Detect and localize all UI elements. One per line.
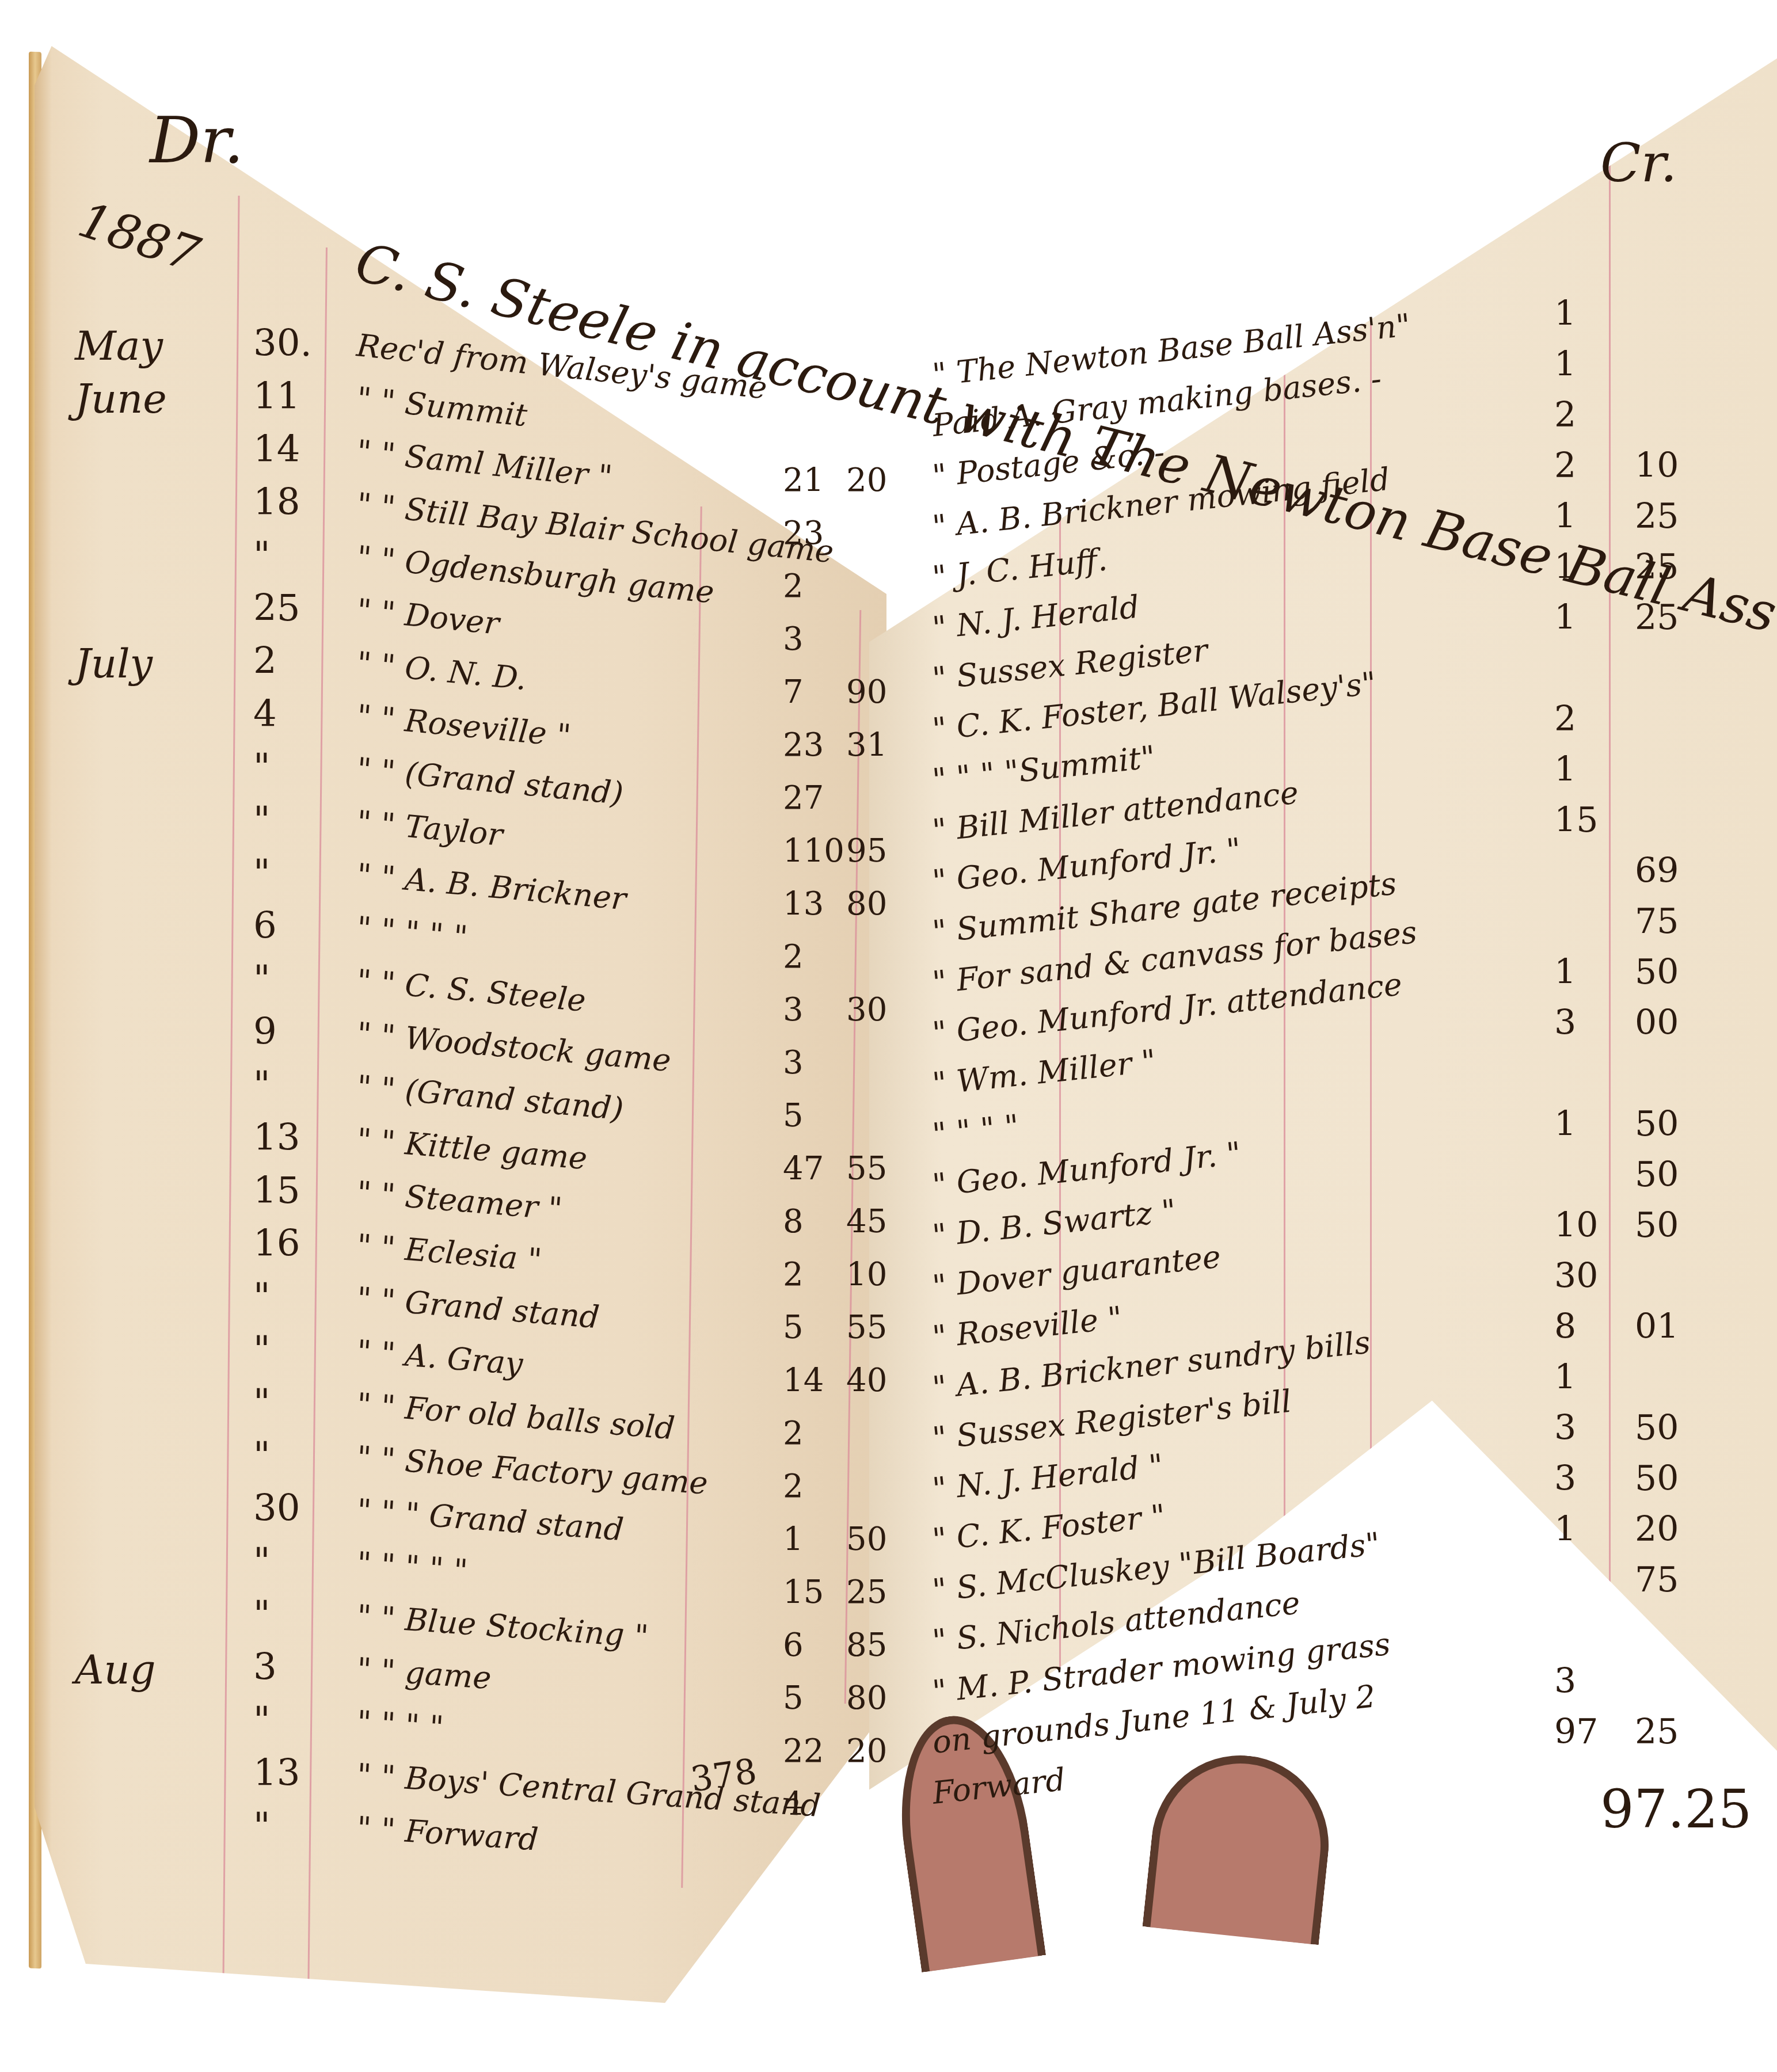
entry-day: ": [253, 534, 270, 577]
entry-dollars: 1: [1554, 344, 1576, 384]
entry-day: 2: [253, 640, 277, 683]
entry-day: 15: [253, 1170, 300, 1212]
entry-dollars: 1: [1554, 1104, 1576, 1144]
entry-dollars: 10: [1554, 1205, 1598, 1246]
entry-dollars: 8: [783, 1203, 804, 1240]
entry-dollars: 1: [1554, 597, 1576, 638]
entry-dollars: 6: [783, 1627, 804, 1664]
entry-cents: 45: [846, 1203, 887, 1240]
entry-cents: 85: [846, 1627, 887, 1664]
entry-day: 3: [253, 1646, 277, 1689]
ruling-line-cents-right: [1609, 121, 1611, 1848]
entry-dollars: 2: [783, 938, 804, 976]
entry-cents: 95: [846, 832, 887, 870]
entry-cents: 25: [846, 1574, 887, 1611]
entry-cents: 01: [1635, 1307, 1679, 1347]
entry-description: " " " ": [356, 1704, 445, 1746]
entry-dollars: 1: [1554, 952, 1576, 992]
entry-dollars: 15: [1554, 800, 1598, 840]
entry-day: ": [253, 746, 270, 789]
entry-month: Aug: [75, 1646, 155, 1693]
entry-day: ": [253, 958, 270, 1000]
entry-day: 6: [253, 905, 277, 947]
entry-dollars: 27: [783, 779, 824, 817]
entry-cents: 20: [846, 1732, 887, 1770]
entry-dollars: 110: [783, 832, 844, 870]
entry-dollars: 97: [1554, 1712, 1598, 1752]
entry-dollars: 2: [783, 1415, 804, 1452]
entry-dollars: 5: [783, 1309, 804, 1346]
entry-day: 13: [253, 1117, 300, 1159]
debit-header-mark: Dr.: [150, 104, 244, 177]
entry-cents: 80: [846, 1679, 887, 1717]
entry-month: June: [75, 375, 167, 422]
entry-cents: 50: [1635, 1205, 1679, 1246]
entry-cents: 69: [1635, 851, 1679, 891]
entry-day: ": [253, 1434, 270, 1477]
entry-day: 9: [253, 1011, 277, 1053]
entry-dollars: 8: [1554, 1307, 1576, 1347]
entry-dollars: 47: [783, 1150, 824, 1187]
entry-dollars: 3: [783, 620, 804, 658]
entry-day: ": [253, 1381, 270, 1424]
entry-cents: 25: [1635, 496, 1679, 536]
entry-day: ": [253, 1328, 270, 1371]
entry-cents: 25: [1635, 597, 1679, 638]
entry-cents: 50: [1635, 1155, 1679, 1195]
entry-cents: 40: [846, 1362, 887, 1399]
entry-dollars: 2: [783, 1256, 804, 1293]
entry-dollars: 7: [783, 673, 804, 711]
entry-day: 4: [253, 693, 277, 736]
entry-dollars: 2: [1554, 445, 1576, 486]
entry-cents: 50: [1635, 1408, 1679, 1448]
entry-cents: 55: [846, 1309, 887, 1346]
entry-cents: 75: [1635, 901, 1679, 942]
entry-dollars: 15: [783, 1574, 824, 1611]
entry-day: ": [253, 1275, 270, 1318]
entry-day: ": [253, 1699, 270, 1742]
entry-dollars: 23: [783, 726, 824, 764]
entry-cents: 50: [846, 1521, 887, 1558]
entry-dollars: 2: [1554, 395, 1576, 435]
entry-dollars: 22: [783, 1732, 824, 1770]
entry-month: May: [75, 322, 163, 370]
entry-dollars: 1: [783, 1521, 804, 1558]
entry-dollars: 21: [783, 462, 824, 499]
entry-day: ": [253, 799, 270, 841]
entry-dollars: 3: [1554, 1458, 1576, 1499]
entry-dollars: 1: [1554, 749, 1576, 790]
entry-cents: 50: [1635, 1458, 1679, 1499]
entry-cents: 10: [846, 1256, 887, 1293]
entry-day: 18: [253, 481, 300, 524]
credit-header-mark: Cr.: [1600, 132, 1677, 194]
entry-cents: 90: [846, 673, 887, 711]
ruling-line-dollars: [681, 506, 702, 1888]
ruling-line-day: [307, 247, 328, 2003]
entry-cents: 10: [1635, 445, 1679, 486]
entry-dollars: 13: [783, 885, 824, 923]
entry-day: ": [253, 1540, 270, 1583]
entry-dollars: 5: [783, 1097, 804, 1134]
entry-dollars: 3: [1554, 1003, 1576, 1043]
entry-day: 25: [253, 587, 300, 630]
entry-cents: 31: [846, 726, 887, 764]
entry-dollars: 3: [783, 1044, 804, 1081]
entry-dollars: 30: [1554, 1256, 1598, 1296]
entry-day: 30.: [253, 322, 312, 365]
entry-dollars: 2: [783, 567, 804, 605]
entry-day: 11: [253, 375, 300, 418]
entry-cents: 25: [1635, 547, 1679, 587]
entry-day: ": [253, 1593, 270, 1636]
entry-cents: 55: [846, 1150, 887, 1187]
entry-cents: 20: [1635, 1509, 1679, 1549]
entry-dollars: 2: [783, 1468, 804, 1505]
ruling-line-month: [222, 196, 239, 1980]
open-ledger-book: Dr. 1887 C. S. Steele in account with Th…: [0, 0, 1777, 2072]
bookmark-tab[interactable]: [1142, 1747, 1337, 1945]
entry-cents: 80: [846, 885, 887, 923]
entry-dollars: 3: [1554, 1661, 1576, 1701]
entry-day: ": [253, 1064, 270, 1106]
entry-dollars: 14: [783, 1362, 824, 1399]
entry-dollars: 3: [783, 991, 804, 1029]
entry-dollars: 1: [1554, 547, 1576, 587]
entry-dollars: 1: [1554, 1509, 1576, 1549]
entry-dollars: 5: [783, 1679, 804, 1717]
entry-cents: 50: [1635, 952, 1679, 992]
entry-dollars: 1: [1554, 1357, 1576, 1397]
entry-day: 13: [253, 1752, 300, 1795]
entry-dollars: 2: [1554, 699, 1576, 739]
entry-cents: 20: [846, 462, 887, 499]
entry-cents: 00: [1635, 1003, 1679, 1043]
entry-month: July: [75, 640, 153, 687]
entry-dollars: 1: [1554, 496, 1576, 536]
entry-day: 14: [253, 428, 300, 471]
entry-dollars: 1: [1554, 294, 1576, 334]
entry-dollars: 3: [1554, 1408, 1576, 1448]
entry-day: ": [253, 1805, 270, 1848]
entry-cents: 25: [1635, 1712, 1679, 1752]
entry-cents: 30: [846, 991, 887, 1029]
entry-cents: 50: [1635, 1104, 1679, 1144]
entry-day: 30: [253, 1487, 300, 1530]
entry-day: 16: [253, 1222, 300, 1265]
right-forward-total: 97.25: [1600, 1778, 1752, 1840]
entry-cents: 75: [1635, 1560, 1679, 1600]
entry-day: ": [253, 852, 270, 894]
